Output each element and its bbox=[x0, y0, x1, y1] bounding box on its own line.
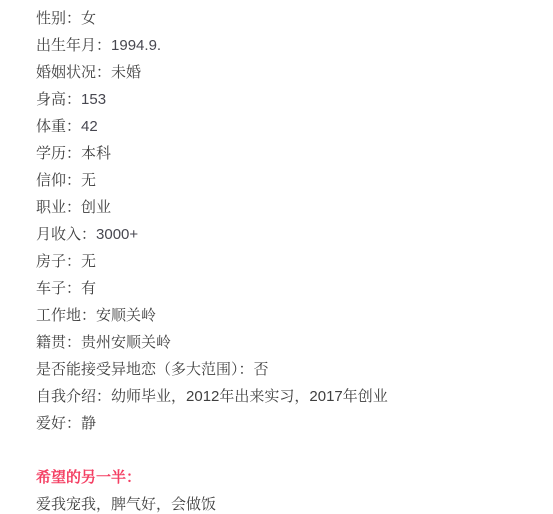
field-value: 创业 bbox=[81, 199, 111, 216]
field-value: 安顺关岭 bbox=[96, 307, 156, 324]
field-colon: ： bbox=[66, 118, 81, 135]
field-label: 房子 bbox=[36, 253, 66, 270]
profile-field-row: 体重：42 bbox=[36, 113, 543, 140]
field-colon: ： bbox=[66, 172, 81, 189]
wish-text: 爱我宠我，脾气好，会做饭 bbox=[36, 491, 543, 514]
field-label: 性别 bbox=[36, 10, 66, 27]
profile-field-row: 婚姻状况：未婚 bbox=[36, 59, 543, 86]
field-colon: ： bbox=[66, 280, 81, 297]
field-label: 职业 bbox=[36, 199, 66, 216]
field-value: 静 bbox=[81, 415, 96, 432]
profile-field-row: 自我介绍：幼师毕业，2012年出来实习，2017年创业 bbox=[36, 383, 543, 410]
profile-field-row: 籍贯：贵州安顺关岭 bbox=[36, 329, 543, 356]
field-label: 车子 bbox=[36, 280, 66, 297]
profile-field-row: 爱好：静 bbox=[36, 410, 543, 437]
field-label: 出生年月 bbox=[36, 37, 96, 54]
field-label: 婚姻状况 bbox=[36, 64, 96, 81]
field-label: 是否能接受异地恋（多大范围） bbox=[36, 361, 239, 378]
profile-field-row: 性别：女 bbox=[36, 5, 543, 32]
field-colon: ： bbox=[66, 415, 81, 432]
field-label: 工作地 bbox=[36, 307, 81, 324]
field-colon: ： bbox=[66, 145, 81, 162]
field-label: 爱好 bbox=[36, 415, 66, 432]
profile-field-row: 出生年月：1994.9. bbox=[36, 32, 543, 59]
field-label: 身高 bbox=[36, 91, 66, 108]
profile-field-row: 信仰：无 bbox=[36, 167, 543, 194]
field-value: 1994.9. bbox=[111, 37, 161, 54]
profile-field-row: 学历：本科 bbox=[36, 140, 543, 167]
field-label: 月收入 bbox=[36, 226, 81, 243]
profile-field-row: 车子：有 bbox=[36, 275, 543, 302]
field-colon: ： bbox=[81, 307, 96, 324]
field-colon: ： bbox=[66, 334, 81, 351]
profile-field-row: 职业：创业 bbox=[36, 194, 543, 221]
field-value: 本科 bbox=[81, 145, 111, 162]
field-value: 有 bbox=[81, 280, 96, 297]
field-colon: ： bbox=[66, 199, 81, 216]
profile-field-row: 房子：无 bbox=[36, 248, 543, 275]
field-colon: ： bbox=[66, 253, 81, 270]
profile-field-row: 是否能接受异地恋（多大范围）：否 bbox=[36, 356, 543, 383]
profile-field-row: 身高：153 bbox=[36, 86, 543, 113]
field-label: 学历 bbox=[36, 145, 66, 162]
field-value: 女 bbox=[81, 10, 96, 27]
field-colon: ： bbox=[81, 226, 96, 243]
wish-section-heading: 希望的另一半： bbox=[36, 464, 543, 491]
profile-document: 性别：女 出生年月：1994.9. 婚姻状况：未婚 身高：153 体重：42 学… bbox=[0, 0, 553, 514]
field-colon: ： bbox=[239, 361, 254, 378]
field-value: 无 bbox=[81, 253, 96, 270]
field-colon: ： bbox=[66, 10, 81, 27]
field-colon: ： bbox=[96, 64, 111, 81]
field-value: 153 bbox=[81, 91, 106, 108]
field-colon: ： bbox=[96, 388, 111, 405]
field-value: 幼师毕业，2012年出来实习，2017年创业 bbox=[111, 388, 388, 405]
field-value: 贵州安顺关岭 bbox=[81, 334, 171, 351]
field-label: 自我介绍 bbox=[36, 388, 96, 405]
field-label: 体重 bbox=[36, 118, 66, 135]
profile-field-row: 月收入：3000+ bbox=[36, 221, 543, 248]
field-colon: ： bbox=[66, 91, 81, 108]
field-value: 无 bbox=[81, 172, 96, 189]
field-value: 否 bbox=[254, 361, 269, 378]
field-colon: ： bbox=[96, 37, 111, 54]
field-value: 未婚 bbox=[111, 64, 141, 81]
field-value: 3000+ bbox=[96, 226, 138, 243]
field-label: 信仰 bbox=[36, 172, 66, 189]
field-value: 42 bbox=[81, 118, 98, 135]
profile-field-row: 工作地：安顺关岭 bbox=[36, 302, 543, 329]
field-label: 籍贯 bbox=[36, 334, 66, 351]
